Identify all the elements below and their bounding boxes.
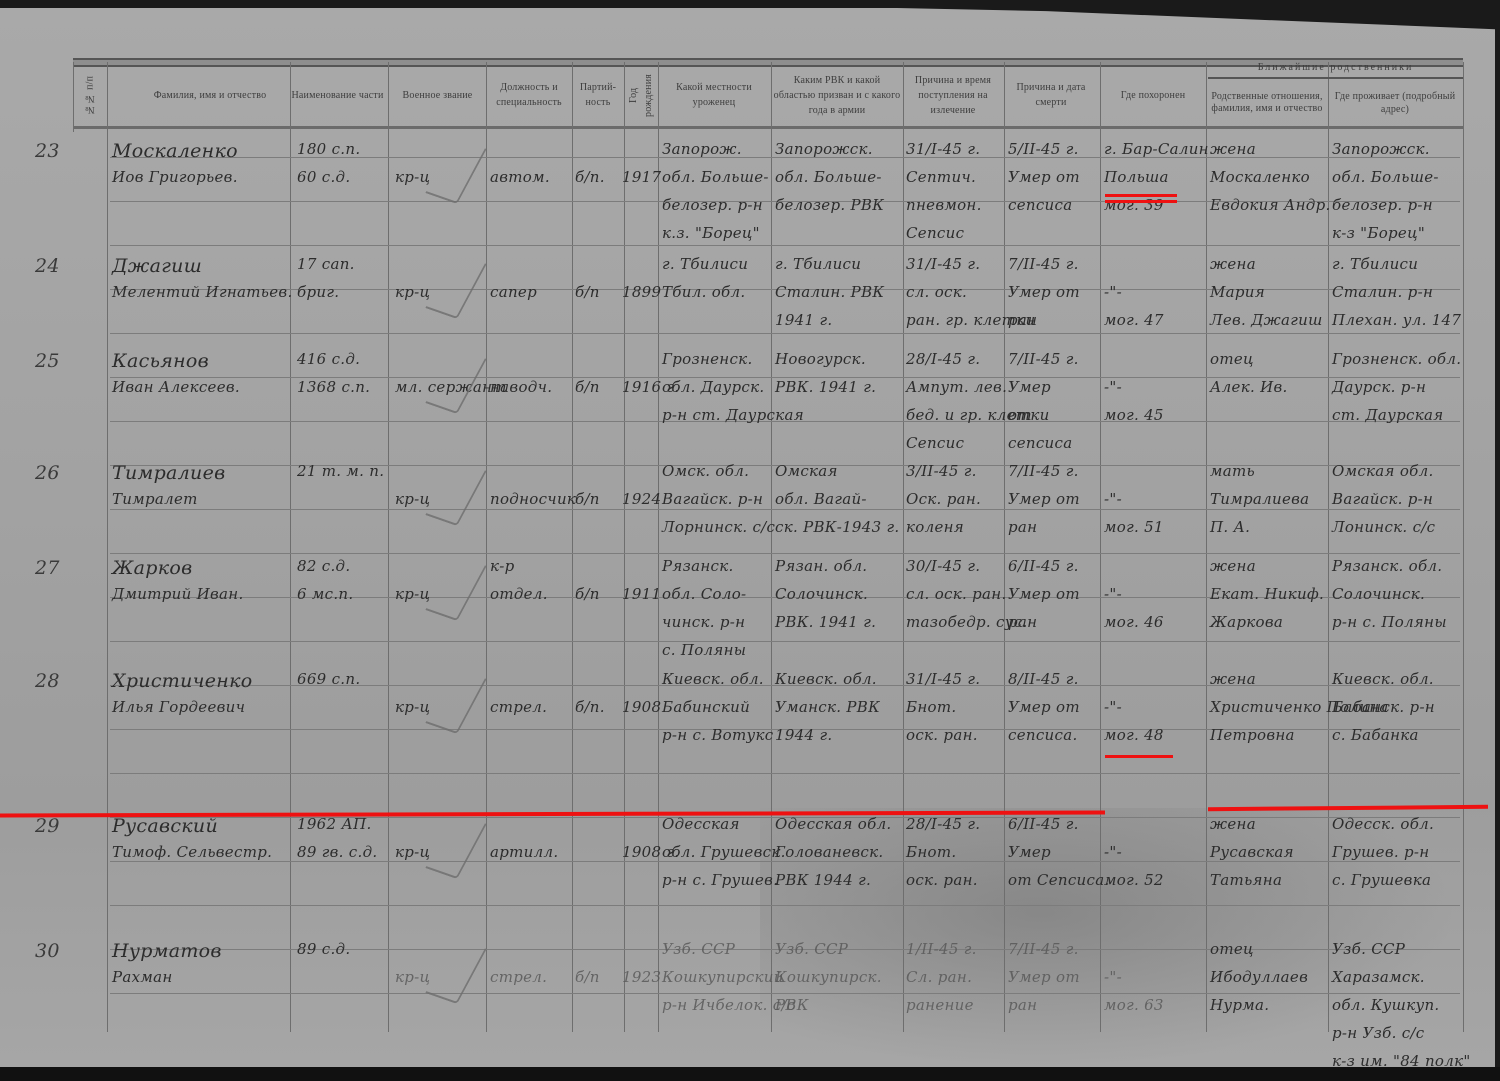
cell-birth-year: 1911 [622, 585, 661, 603]
cell-rank: кр-ц [395, 585, 430, 603]
cell-num: 24 [35, 255, 60, 277]
cell-unit: 89 гв. с.д. [297, 843, 377, 861]
cell-birth-year: 1917 [622, 168, 661, 186]
header-conscription: Каким РВК и какой областью призван и с к… [773, 66, 901, 124]
cell-unit: бриг. [297, 283, 339, 301]
cell-address: к-з им. "84 полк" [1332, 1052, 1471, 1070]
cell-conscription: Омская [775, 462, 838, 480]
cell-burial: -"- [1104, 283, 1122, 301]
header-death: Причина и дата смерти [1006, 66, 1096, 124]
cell-relative: Алек. Ив. [1210, 378, 1288, 396]
cell-death: 7/II-45 г. [1008, 350, 1079, 368]
cell-admission: Ампут. лев. [906, 378, 1007, 396]
cell-death: 7/II-45 г. [1008, 255, 1079, 273]
cell-birthplace: р-н с. Вотукс [662, 726, 774, 744]
cell-party: б/п. [575, 698, 605, 716]
column-divider [624, 62, 625, 1032]
cell-num: 29 [35, 815, 60, 837]
ruling-line [110, 773, 1460, 774]
cell-conscription: обл. Вагай- [775, 490, 867, 508]
cell-position: отдел. [490, 585, 548, 603]
cell-name: Тимралиев [112, 462, 226, 484]
cell-conscription: Узб. ССР [775, 940, 848, 958]
cell-rank: кр-ц [395, 283, 430, 301]
cell-unit: 89 с.д. [297, 940, 350, 958]
relatives-group-rule [1208, 77, 1463, 79]
cell-name: Нурматов [112, 940, 222, 962]
cell-death: сепсиса [1008, 196, 1072, 214]
cell-address: р-н Узб. с/с [1332, 1024, 1425, 1042]
cell-relative: отец [1210, 350, 1254, 368]
cell-admission: Бнот. [906, 843, 956, 861]
cell-burial: мог. 51 [1104, 518, 1164, 536]
red-underline-burial-23 [1105, 194, 1177, 197]
cell-num: 27 [35, 557, 60, 579]
cell-birthplace: обл. Даурск. [662, 378, 764, 396]
cell-num: 23 [35, 140, 60, 162]
header-rank: Военное звание [390, 66, 485, 124]
cell-admission: пневмон. [906, 196, 982, 214]
cell-burial: Польша [1104, 168, 1169, 186]
cell-burial: мог. 47 [1104, 311, 1164, 329]
cell-conscription: 1944 г. [775, 726, 832, 744]
cell-unit: 17 сап. [297, 255, 355, 273]
cell-relative: Мария [1210, 283, 1265, 301]
cell-name: Дмитрий Иван. [112, 585, 244, 603]
cell-death: сепсиса [1008, 434, 1072, 452]
cell-admission: сл. оск. ран. [906, 585, 1007, 603]
cell-admission: коленя [906, 518, 964, 536]
column-divider [73, 62, 74, 132]
header-position: Должность и специальность [488, 66, 570, 124]
cell-name: Москаленко [112, 140, 238, 162]
cell-death: Умер [1008, 843, 1051, 861]
cell-conscription: Рязан. обл. [775, 557, 867, 575]
cell-death: 6/II-45 г. [1008, 557, 1079, 575]
cell-unit: 416 с.д. [297, 350, 360, 368]
cell-relative: Татьяна [1210, 871, 1282, 889]
cell-death: ран [1008, 518, 1037, 536]
cell-birthplace: Запорож. [662, 140, 742, 158]
cell-relative: П. А. [1210, 518, 1250, 536]
cell-relative: Петровна [1210, 726, 1295, 744]
cell-birthplace: обл. Больше- [662, 168, 769, 186]
cell-num: 26 [35, 462, 60, 484]
cell-conscription: белозер. РВК [775, 196, 884, 214]
cell-address: Узб. ССР [1332, 940, 1405, 958]
cell-address: ст. Даурская [1332, 406, 1443, 424]
cell-death: Умер от [1008, 283, 1080, 301]
cell-name: Христиченко [112, 670, 252, 692]
cell-birthplace: Грозненск. [662, 350, 753, 368]
cell-address: Харазамск. [1332, 968, 1425, 986]
cell-relative: жена [1210, 140, 1256, 158]
cell-address: Запорожск. [1332, 140, 1430, 158]
cell-birthplace: г. Тбилиси [662, 255, 748, 273]
cell-death: ран [1008, 613, 1037, 631]
ruling-line [110, 245, 1460, 246]
cell-name: Иов Григорьев. [112, 168, 238, 186]
cell-address: Грозненск. обл. [1332, 350, 1461, 368]
ruling-line [110, 553, 1460, 554]
cell-unit: 1962 АП. [297, 815, 372, 833]
header-admission: Причина и время поступления на излечение [905, 66, 1001, 124]
column-divider [1206, 62, 1207, 1032]
cell-birthplace: Вагайск. р-н [662, 490, 763, 508]
cell-name: Илья Гордеевич [112, 698, 245, 716]
cell-num: 30 [35, 940, 60, 962]
cell-rank: кр-ц [395, 968, 430, 986]
cell-unit: 180 с.п. [297, 140, 360, 158]
cell-death: 5/II-45 г. [1008, 140, 1079, 158]
cell-party: б/п [575, 378, 600, 396]
cell-death: от [1008, 406, 1032, 424]
cell-position: наводч. [490, 378, 552, 396]
cell-unit: 1368 с.п. [297, 378, 370, 396]
cell-admission: Сепсис [906, 434, 964, 452]
cell-address: р-н с. Поляны [1332, 613, 1447, 631]
cell-conscription: РВК. 1941 г. [775, 378, 876, 396]
cell-birthplace: Одесская [662, 815, 740, 833]
cell-admission: 3/II-45 г. [906, 462, 977, 480]
cell-burial: -"- [1104, 698, 1122, 716]
cell-conscription: ск. РВК-1943 г. [775, 518, 899, 536]
cell-conscription: Новогурск. [775, 350, 866, 368]
ruling-line [110, 641, 1460, 642]
header-address: Где проживает (подробный адрес) [1330, 80, 1460, 126]
cell-relative: жена [1210, 557, 1256, 575]
ruling-line [110, 861, 1460, 862]
cell-conscription: Уманск. РВК [775, 698, 880, 716]
ruling-line [110, 333, 1460, 334]
cell-burial: -"- [1104, 585, 1122, 603]
cell-birthplace: обл. Грушевск. [662, 843, 786, 861]
cell-conscription: Сталин. РВК [775, 283, 884, 301]
cell-burial: мог. 46 [1104, 613, 1164, 631]
cell-relative: мать [1210, 462, 1255, 480]
cell-party: б/п. [575, 168, 605, 186]
cell-admission: Септич. [906, 168, 976, 186]
red-underline-burial-28 [1105, 755, 1173, 758]
cell-death: от Сепсиса. [1008, 871, 1110, 889]
cell-position: автом. [490, 168, 550, 186]
cell-unit: 21 т. м. п. [297, 462, 384, 480]
cell-admission: Сепсис [906, 224, 964, 242]
cell-relative: Москаленко [1210, 168, 1310, 186]
cell-position: сапер [490, 283, 537, 301]
cell-death: Умер от [1008, 585, 1080, 603]
cell-position: подносчик [490, 490, 576, 508]
cell-relative: Тимралиева [1210, 490, 1309, 508]
cell-name: Мелентий Игнатьев. [112, 283, 293, 301]
cell-position: стрел. [490, 968, 547, 986]
cell-admission: 31/I-45 г. [906, 140, 980, 158]
cell-relative: отец [1210, 940, 1254, 958]
cell-address: Сталин. р-н [1332, 283, 1433, 301]
cell-death: 7/II-45 г. [1008, 940, 1079, 958]
cell-burial: мог. 45 [1104, 406, 1164, 424]
cell-birth-year: 1899 [622, 283, 661, 301]
cell-address: белозер. р-н [1332, 196, 1433, 214]
cell-birthplace: Омск. обл. [662, 462, 749, 480]
cell-admission: 28/I-45 г. [906, 815, 980, 833]
cell-unit: 6 мс.п. [297, 585, 353, 603]
cell-death: Умер от [1008, 968, 1080, 986]
cell-address: Омская обл. [1332, 462, 1434, 480]
cell-address: Рязанск. обл. [1332, 557, 1442, 575]
cell-position: стрел. [490, 698, 547, 716]
cell-birth-year: 1908 [622, 698, 661, 716]
cell-rank: кр-ц [395, 490, 430, 508]
cell-name: Русавский [112, 815, 218, 837]
relatives-group-title: Ближайшие родственники [1208, 62, 1463, 73]
cell-conscription: 1941 г. [775, 311, 832, 329]
cell-conscription: Киевск. обл. [775, 670, 877, 688]
header-birth-year: Год рождения [626, 66, 656, 124]
cell-birthplace: р-н ст. Даурская [662, 406, 804, 424]
cell-address: Лонинск. с/с [1332, 518, 1435, 536]
cell-death: Умер [1008, 378, 1051, 396]
header-unit: Наименование части [290, 66, 385, 124]
cell-admission: сл. оск. [906, 283, 967, 301]
cell-conscription: РВК. 1941 г. [775, 613, 876, 631]
cell-conscription: Голованевск. [775, 843, 883, 861]
column-divider [1463, 62, 1464, 1032]
column-divider [903, 62, 904, 1032]
cell-address: г. Тбилиси [1332, 255, 1418, 273]
cell-name: Жарков [112, 557, 192, 579]
cell-name: Джагиш [112, 255, 202, 277]
cell-birthplace: чинск. р-н [662, 613, 745, 631]
cell-burial: -"- [1104, 968, 1122, 986]
column-divider [1004, 62, 1005, 1032]
cell-relative: Жаркова [1210, 613, 1283, 631]
cell-name: Касьянов [112, 350, 209, 372]
ruling-line [110, 993, 1460, 994]
cell-rank: кр-ц [395, 843, 430, 861]
cell-admission: 31/I-45 г. [906, 670, 980, 688]
cell-relative: Ибодуллаев [1210, 968, 1308, 986]
cell-conscription: Запорожск. [775, 140, 873, 158]
cell-address: Даурск. р-н [1332, 378, 1426, 396]
cell-address: Грушев. р-н [1332, 843, 1429, 861]
cell-address: Одесск. обл. [1332, 815, 1434, 833]
cell-birthplace: обл. Соло- [662, 585, 746, 603]
cell-death: сепсиса. [1008, 726, 1078, 744]
cell-burial: -"- [1104, 378, 1122, 396]
cell-death: 8/II-45 г. [1008, 670, 1079, 688]
cell-conscription: Кошкупирск. [775, 968, 882, 986]
cell-name: Тимралет [112, 490, 198, 508]
cell-conscription: Солочинск. [775, 585, 868, 603]
cell-death: 6/II-45 г. [1008, 815, 1079, 833]
column-divider [486, 62, 487, 1032]
cell-party: б/п [575, 585, 600, 603]
cell-address: Киевск. обл. [1332, 670, 1434, 688]
cell-unit: 60 с.д. [297, 168, 350, 186]
header-burial: Где похоронен [1103, 66, 1203, 124]
red-underline-burial-23b [1105, 200, 1177, 203]
cell-birthplace: Бабинский [662, 698, 750, 716]
cell-unit: 669 с.п. [297, 670, 360, 688]
cell-unit: 82 с.д. [297, 557, 350, 575]
cell-party: б/п [575, 968, 600, 986]
column-divider [388, 62, 389, 1032]
cell-burial: -"- [1104, 490, 1122, 508]
cell-num: 28 [35, 670, 60, 692]
cell-birthplace: Узб. ССР [662, 940, 735, 958]
cell-address: обл. Кушкуп. [1332, 996, 1439, 1014]
cell-name: Тимоф. Сельвестр. [112, 843, 272, 861]
cell-relative: Лев. Джагиш [1210, 311, 1323, 329]
cell-burial: мог. 52 [1104, 871, 1164, 889]
cell-address: Плехан. ул. 147 [1332, 311, 1461, 329]
cell-name: Рахман [112, 968, 173, 986]
cell-birthplace: белозер. р-н [662, 196, 763, 214]
column-divider [107, 62, 108, 1032]
cell-name: Иван Алексеев. [112, 378, 240, 396]
cell-burial: -"- [1104, 843, 1122, 861]
cell-admission: ранение [906, 996, 974, 1014]
cell-death: Умер от [1008, 168, 1080, 186]
cell-admission: 1/II-45 г. [906, 940, 977, 958]
cell-birthplace: Тбил. обл. [662, 283, 745, 301]
cell-party: б/п [575, 490, 600, 508]
cell-relative: Екат. Никиф. [1210, 585, 1324, 603]
cell-birthplace: Лорнинск. с/с [662, 518, 775, 536]
cell-birth-year: 1923 [622, 968, 661, 986]
cell-burial: мог. 63 [1104, 996, 1164, 1014]
header-name: Фамилия, имя и отчество [135, 66, 285, 124]
cell-conscription: обл. Больше- [775, 168, 882, 186]
cell-admission: Бнот. [906, 698, 956, 716]
cell-address: Бабанск. р-н [1332, 698, 1435, 716]
cell-rank: кр-ц [395, 698, 430, 716]
cell-num: 25 [35, 350, 60, 372]
cell-conscription: РВК [775, 996, 809, 1014]
cell-address: с. Грушевка [1332, 871, 1431, 889]
cell-position: к-р [490, 557, 515, 575]
cell-relative: жена [1210, 815, 1256, 833]
cell-admission: оск. ран. [906, 726, 978, 744]
cell-relative: Нурма. [1210, 996, 1269, 1014]
cell-conscription: РВК 1944 г. [775, 871, 871, 889]
header-num: №№ п/п [75, 66, 105, 124]
column-divider [572, 62, 573, 1032]
scanned-document-page [0, 8, 1495, 1068]
cell-birthplace: Кошкупирский [662, 968, 784, 986]
cell-relative: Евдокия Андр. [1210, 196, 1331, 214]
cell-address: Солочинск. [1332, 585, 1425, 603]
column-divider [658, 62, 659, 1032]
scan-edge-shadow [0, 1067, 1500, 1081]
cell-conscription: Одесская обл. [775, 815, 892, 833]
cell-admission: 28/I-45 г. [906, 350, 980, 368]
cell-birthplace: Рязанск. [662, 557, 734, 575]
cell-admission: Оск. ран. [906, 490, 981, 508]
cell-party: б/п [575, 283, 600, 301]
cell-burial: г. Бар-Салин [1104, 140, 1209, 158]
cell-birthplace: с. Поляны [662, 641, 746, 659]
header-party: Партий-ность [574, 66, 622, 124]
cell-birthplace: р-н с. Грушев. [662, 871, 778, 889]
cell-birthplace: Киевск. обл. [662, 670, 764, 688]
ruling-line [110, 509, 1460, 510]
cell-rank: кр-ц [395, 168, 430, 186]
cell-burial: мог. 39 [1104, 196, 1164, 214]
cell-admission: 31/I-45 г. [906, 255, 980, 273]
cell-address: Вагайск. р-н [1332, 490, 1433, 508]
cell-burial: мог. 48 [1104, 726, 1164, 744]
cell-death: ран [1008, 996, 1037, 1014]
cell-address: обл. Больше- [1332, 168, 1439, 186]
cell-relative: Русавская [1210, 843, 1294, 861]
form-header-rule [73, 126, 1463, 129]
cell-death: ран [1008, 311, 1037, 329]
column-divider [290, 62, 291, 1032]
cell-relative: жена [1210, 255, 1256, 273]
cell-birth-year: 1924 [622, 490, 661, 508]
header-birthplace: Какой местности уроженец [660, 66, 768, 124]
cell-address: к-з "Борец" [1332, 224, 1425, 242]
cell-death: Умер от [1008, 490, 1080, 508]
cell-conscription: г. Тбилиси [775, 255, 861, 273]
header-relative: Родственные отношения, фамилия, имя и от… [1208, 80, 1326, 126]
cell-admission: оск. ран. [906, 871, 978, 889]
cell-relative: жена [1210, 670, 1256, 688]
cell-position: артилл. [490, 843, 558, 861]
cell-death: Умер от [1008, 698, 1080, 716]
cell-admission: 30/I-45 г. [906, 557, 980, 575]
cell-admission: Сл. ран. [906, 968, 972, 986]
ruling-line [110, 905, 1460, 906]
cell-birthplace: к.з. "Борец" [662, 224, 760, 242]
cell-address: с. Бабанка [1332, 726, 1419, 744]
cell-death: 7/II-45 г. [1008, 462, 1079, 480]
